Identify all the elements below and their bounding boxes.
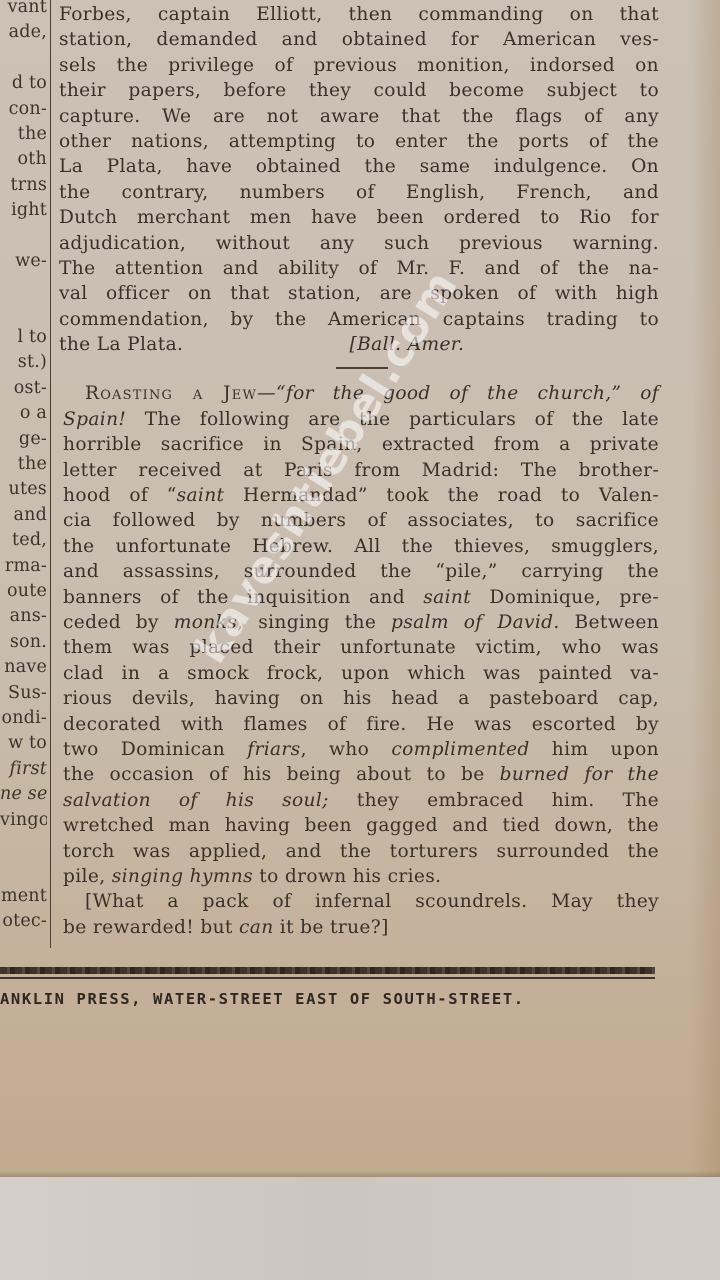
main-column: Forbes, captain Elliott, then commanding… xyxy=(59,2,659,940)
closing-text: the La Plata. xyxy=(59,334,183,355)
left-fragment: first xyxy=(0,757,47,782)
article-naval-monition: Forbes, captain Elliott, then commanding… xyxy=(59,2,659,332)
text-run: and assassins, surrounded the “pile,” ca… xyxy=(63,561,659,582)
headline: Roasting a Jew xyxy=(85,383,257,404)
left-fragment: son. xyxy=(0,630,47,655)
text-line: two Dominican friars, who complimented h… xyxy=(63,737,659,762)
text-run: the unfortunate Hebrew. All the thieves,… xyxy=(63,536,659,557)
text-run: ceded by xyxy=(63,612,174,633)
left-fragment: and xyxy=(0,503,47,528)
paper-edge-shadow xyxy=(690,0,720,1177)
text-run: pile, xyxy=(63,866,112,887)
left-fragment: nave xyxy=(0,655,47,680)
article-roasting-a-jew: Roasting a Jew—“for the good of the chur… xyxy=(63,381,659,940)
editorial-note-line-1: [What a pack of infernal scoundrels. May… xyxy=(63,889,659,914)
italic-text: Spain! xyxy=(63,409,126,430)
text-run: him upon xyxy=(530,739,659,760)
article-closing-line: the La Plata. [Ball. Amer. xyxy=(59,332,659,357)
editorial-note-line-2: be rewarded! but can it be true?] xyxy=(63,915,659,940)
text-line: their papers, before they could become s… xyxy=(59,78,659,103)
left-fragment: st.) xyxy=(0,350,47,375)
left-fragment: vingo xyxy=(0,808,47,833)
italic-text: friars xyxy=(247,739,300,760)
decorative-rule xyxy=(0,967,655,974)
text-line: La Plata, have obtained the same indulge… xyxy=(59,154,659,179)
left-fragment: ondi- xyxy=(0,706,47,731)
left-fragment: rma- xyxy=(0,554,47,579)
article-last-line: pile, singing hymns to drown his cries. xyxy=(63,864,659,889)
left-fragment: ight xyxy=(0,198,47,223)
text-run: clad in a smock frock, upon which was pa… xyxy=(63,663,659,684)
text-line: cia followed by numbers of associates, t… xyxy=(63,508,659,533)
left-fragment: Sus- xyxy=(0,681,47,706)
text-run: rious devils, having on his head a paste… xyxy=(63,688,659,709)
italic-text: burned for the xyxy=(500,764,659,785)
editorial-note: [What a pack of infernal scoundrels. May… xyxy=(85,891,659,912)
text-run: two Dominican xyxy=(63,739,247,760)
text-line: hood of “saint Hermandad” took the road … xyxy=(63,483,659,508)
left-fragment xyxy=(0,833,47,858)
thin-rule xyxy=(0,977,655,979)
text-run: the occasion of his being about to be xyxy=(63,764,500,785)
article-body: Spain! The following are the particulars… xyxy=(63,407,659,864)
italic-text: complimented xyxy=(391,739,529,760)
headline-subtitle: “for the good of the church,” of xyxy=(276,383,659,404)
italic-text: saint xyxy=(423,587,471,608)
text-line: ceded by monks, singing the psalm of Dav… xyxy=(63,610,659,635)
text-line: rious devils, having on his head a paste… xyxy=(63,686,659,711)
left-fragment xyxy=(0,274,47,299)
text-line: wretched man having been gagged and tied… xyxy=(63,813,659,838)
text-run: , who xyxy=(301,739,392,760)
left-fragment: w to xyxy=(0,731,47,756)
text-line: the contrary, numbers of English, French… xyxy=(59,180,659,205)
left-fragment: utes xyxy=(0,477,47,502)
text-line: sels the privilege of previous monition,… xyxy=(59,53,659,78)
text-line: val officer on that station, are spoken … xyxy=(59,281,659,306)
text-line: commendation, by the American captains t… xyxy=(59,307,659,332)
left-fragment: con- xyxy=(0,97,47,122)
table-surface xyxy=(0,1177,720,1280)
left-fragment: ost- xyxy=(0,376,47,401)
text-line: torch was applied, and the torturers sur… xyxy=(63,839,659,864)
text-run: to drown his cries. xyxy=(253,866,441,887)
text-line: Forbes, captain Elliott, then commanding… xyxy=(59,2,659,27)
text-run: hood of “ xyxy=(63,485,177,506)
left-fragment: ted, xyxy=(0,528,47,553)
left-fragment xyxy=(0,224,47,249)
text-run: be rewarded! but xyxy=(63,917,239,938)
text-line: the occasion of his being about to be bu… xyxy=(63,762,659,787)
left-fragment: o a xyxy=(0,401,47,426)
text-run: decorated with flames of fire. He was es… xyxy=(63,714,659,735)
text-line: The attention and ability of Mr. F. and … xyxy=(59,256,659,281)
newspaper-page: vantade,d tocon-theothtrnsightwe-l tost.… xyxy=(0,0,720,1177)
left-fragment: ge- xyxy=(0,427,47,452)
left-fragment: oth xyxy=(0,147,47,172)
italic-text: salvation of his soul; xyxy=(63,790,329,811)
text-line: decorated with flames of fire. He was es… xyxy=(63,712,659,737)
text-run: wretched man having been gagged and tied… xyxy=(63,815,659,836)
text-run: letter received at Paris from Madrid: Th… xyxy=(63,460,659,481)
text-run: Between xyxy=(560,612,659,633)
text-run: The following are the particulars of the… xyxy=(126,409,659,430)
left-fragment: oute xyxy=(0,579,47,604)
left-fragment: otec- xyxy=(0,909,47,934)
left-fragment: trns xyxy=(0,173,47,198)
text-line: station, demanded and obtained for Ameri… xyxy=(59,27,659,52)
italic-text: singing hymns xyxy=(112,866,253,887)
left-fragment: the xyxy=(0,452,47,477)
headline-dash: — xyxy=(257,383,276,404)
left-fragment: ans- xyxy=(0,604,47,629)
italic-text: can xyxy=(239,917,274,938)
text-run: them was placed their unfortunate victim… xyxy=(63,637,659,658)
left-fragment: ne se- xyxy=(0,782,47,807)
text-run: Dominique, pre- xyxy=(471,587,659,608)
text-line: other nations, attempting to enter the p… xyxy=(59,129,659,154)
text-line: the unfortunate Hebrew. All the thieves,… xyxy=(63,534,659,559)
left-fragment: we- xyxy=(0,249,47,274)
text-line: capture. We are not aware that the flags… xyxy=(59,104,659,129)
printer-imprint: ANKLIN PRESS, WATER-STREET EAST OF SOUTH… xyxy=(0,990,525,1008)
text-line: and assassins, surrounded the “pile,” ca… xyxy=(63,559,659,584)
text-line: salvation of his soul; they embraced him… xyxy=(63,788,659,813)
left-fragment: l to xyxy=(0,325,47,350)
text-line: adjudication, without any such previous … xyxy=(59,231,659,256)
left-fragment xyxy=(0,46,47,71)
left-fragment: vant xyxy=(0,0,47,20)
text-line: Dutch merchant men have been ordered to … xyxy=(59,205,659,230)
text-line: banners of the inquisition and saint Dom… xyxy=(63,585,659,610)
text-run: they embraced him. The xyxy=(329,790,659,811)
left-fragment: ade, xyxy=(0,20,47,45)
italic-text: saint xyxy=(177,485,225,506)
left-column-fragments: vantade,d tocon-theothtrnsightwe-l tost.… xyxy=(0,0,47,934)
column-rule xyxy=(50,0,51,948)
left-fragment: the xyxy=(0,122,47,147)
text-line: them was placed their unfortunate victim… xyxy=(63,635,659,660)
left-fragment: ment xyxy=(0,884,47,909)
left-fragment xyxy=(0,858,47,883)
text-line: clad in a smock frock, upon which was pa… xyxy=(63,661,659,686)
text-run: it be true?] xyxy=(274,917,389,938)
text-run: torch was applied, and the torturers sur… xyxy=(63,841,659,862)
text-line: letter received at Paris from Madrid: Th… xyxy=(63,458,659,483)
italic-text: psalm of David. xyxy=(391,612,560,633)
left-fragment xyxy=(0,300,47,325)
left-fragment: d to xyxy=(0,71,47,96)
text-run: cia followed by numbers of associates, t… xyxy=(63,510,659,531)
